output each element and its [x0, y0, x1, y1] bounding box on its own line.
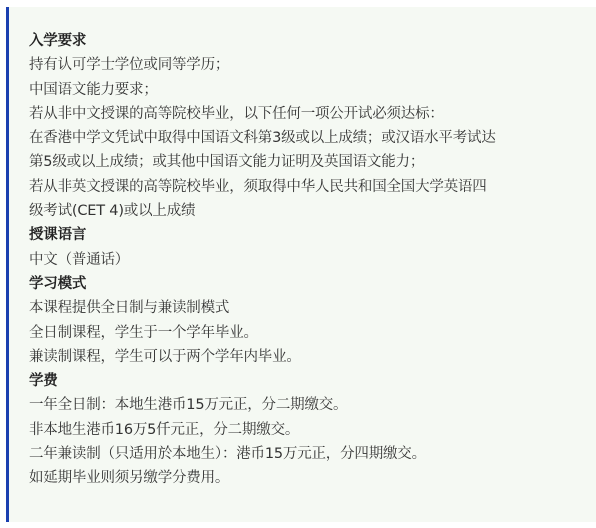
text-line: 本课程提供全日制与兼读制模式	[29, 296, 596, 320]
text-line: 中国语文能力要求；	[29, 78, 596, 102]
text-line: 持有认可学士学位或同等学历；	[29, 53, 596, 77]
text-line: 级考试(CET 4)或以上成绩	[29, 199, 596, 223]
section-admission-requirements: 入学要求 持有认可学士学位或同等学历； 中国语文能力要求； 若从非中文授课的高等…	[29, 29, 596, 223]
text-line: 第5级或以上成绩；或其他中国语文能力证明及英国语文能力；	[29, 150, 596, 174]
section-tuition-fees: 学费 一年全日制：本地生港币15万元正，分二期缴交。 非本地生港币16万5仟元正…	[29, 369, 596, 490]
text-line: 若从非英文授课的高等院校毕业，须取得中华人民共和国全国大学英语四	[29, 175, 596, 199]
program-info-panel: 入学要求 持有认可学士学位或同等学历； 中国语文能力要求； 若从非中文授课的高等…	[6, 7, 596, 522]
text-line: 非本地生港币16万5仟元正，分二期缴交。	[29, 418, 596, 442]
text-line: 若从非中文授课的高等院校毕业，以下任何一项公开试必须达标：	[29, 102, 596, 126]
text-line: 在香港中学文凭试中取得中国语文科第3级或以上成绩；或汉语水平考试达	[29, 126, 596, 150]
text-line: 二年兼读制（只适用於本地生）：港币15万元正，分四期缴交。	[29, 442, 596, 466]
section-heading: 入学要求	[29, 29, 596, 53]
text-line: 如延期毕业则须另缴学分费用。	[29, 466, 596, 490]
text-line: 一年全日制：本地生港币15万元正，分二期缴交。	[29, 393, 596, 417]
section-heading: 学习模式	[29, 272, 596, 296]
section-heading: 授课语言	[29, 223, 596, 247]
section-teaching-language: 授课语言 中文（普通话）	[29, 223, 596, 272]
section-heading: 学费	[29, 369, 596, 393]
text-line: 兼读制课程，学生可以于两个学年内毕业。	[29, 345, 596, 369]
text-line: 全日制课程，学生于一个学年毕业。	[29, 321, 596, 345]
text-line: 中文（普通话）	[29, 248, 596, 272]
section-study-mode: 学习模式 本课程提供全日制与兼读制模式 全日制课程，学生于一个学年毕业。 兼读制…	[29, 272, 596, 369]
